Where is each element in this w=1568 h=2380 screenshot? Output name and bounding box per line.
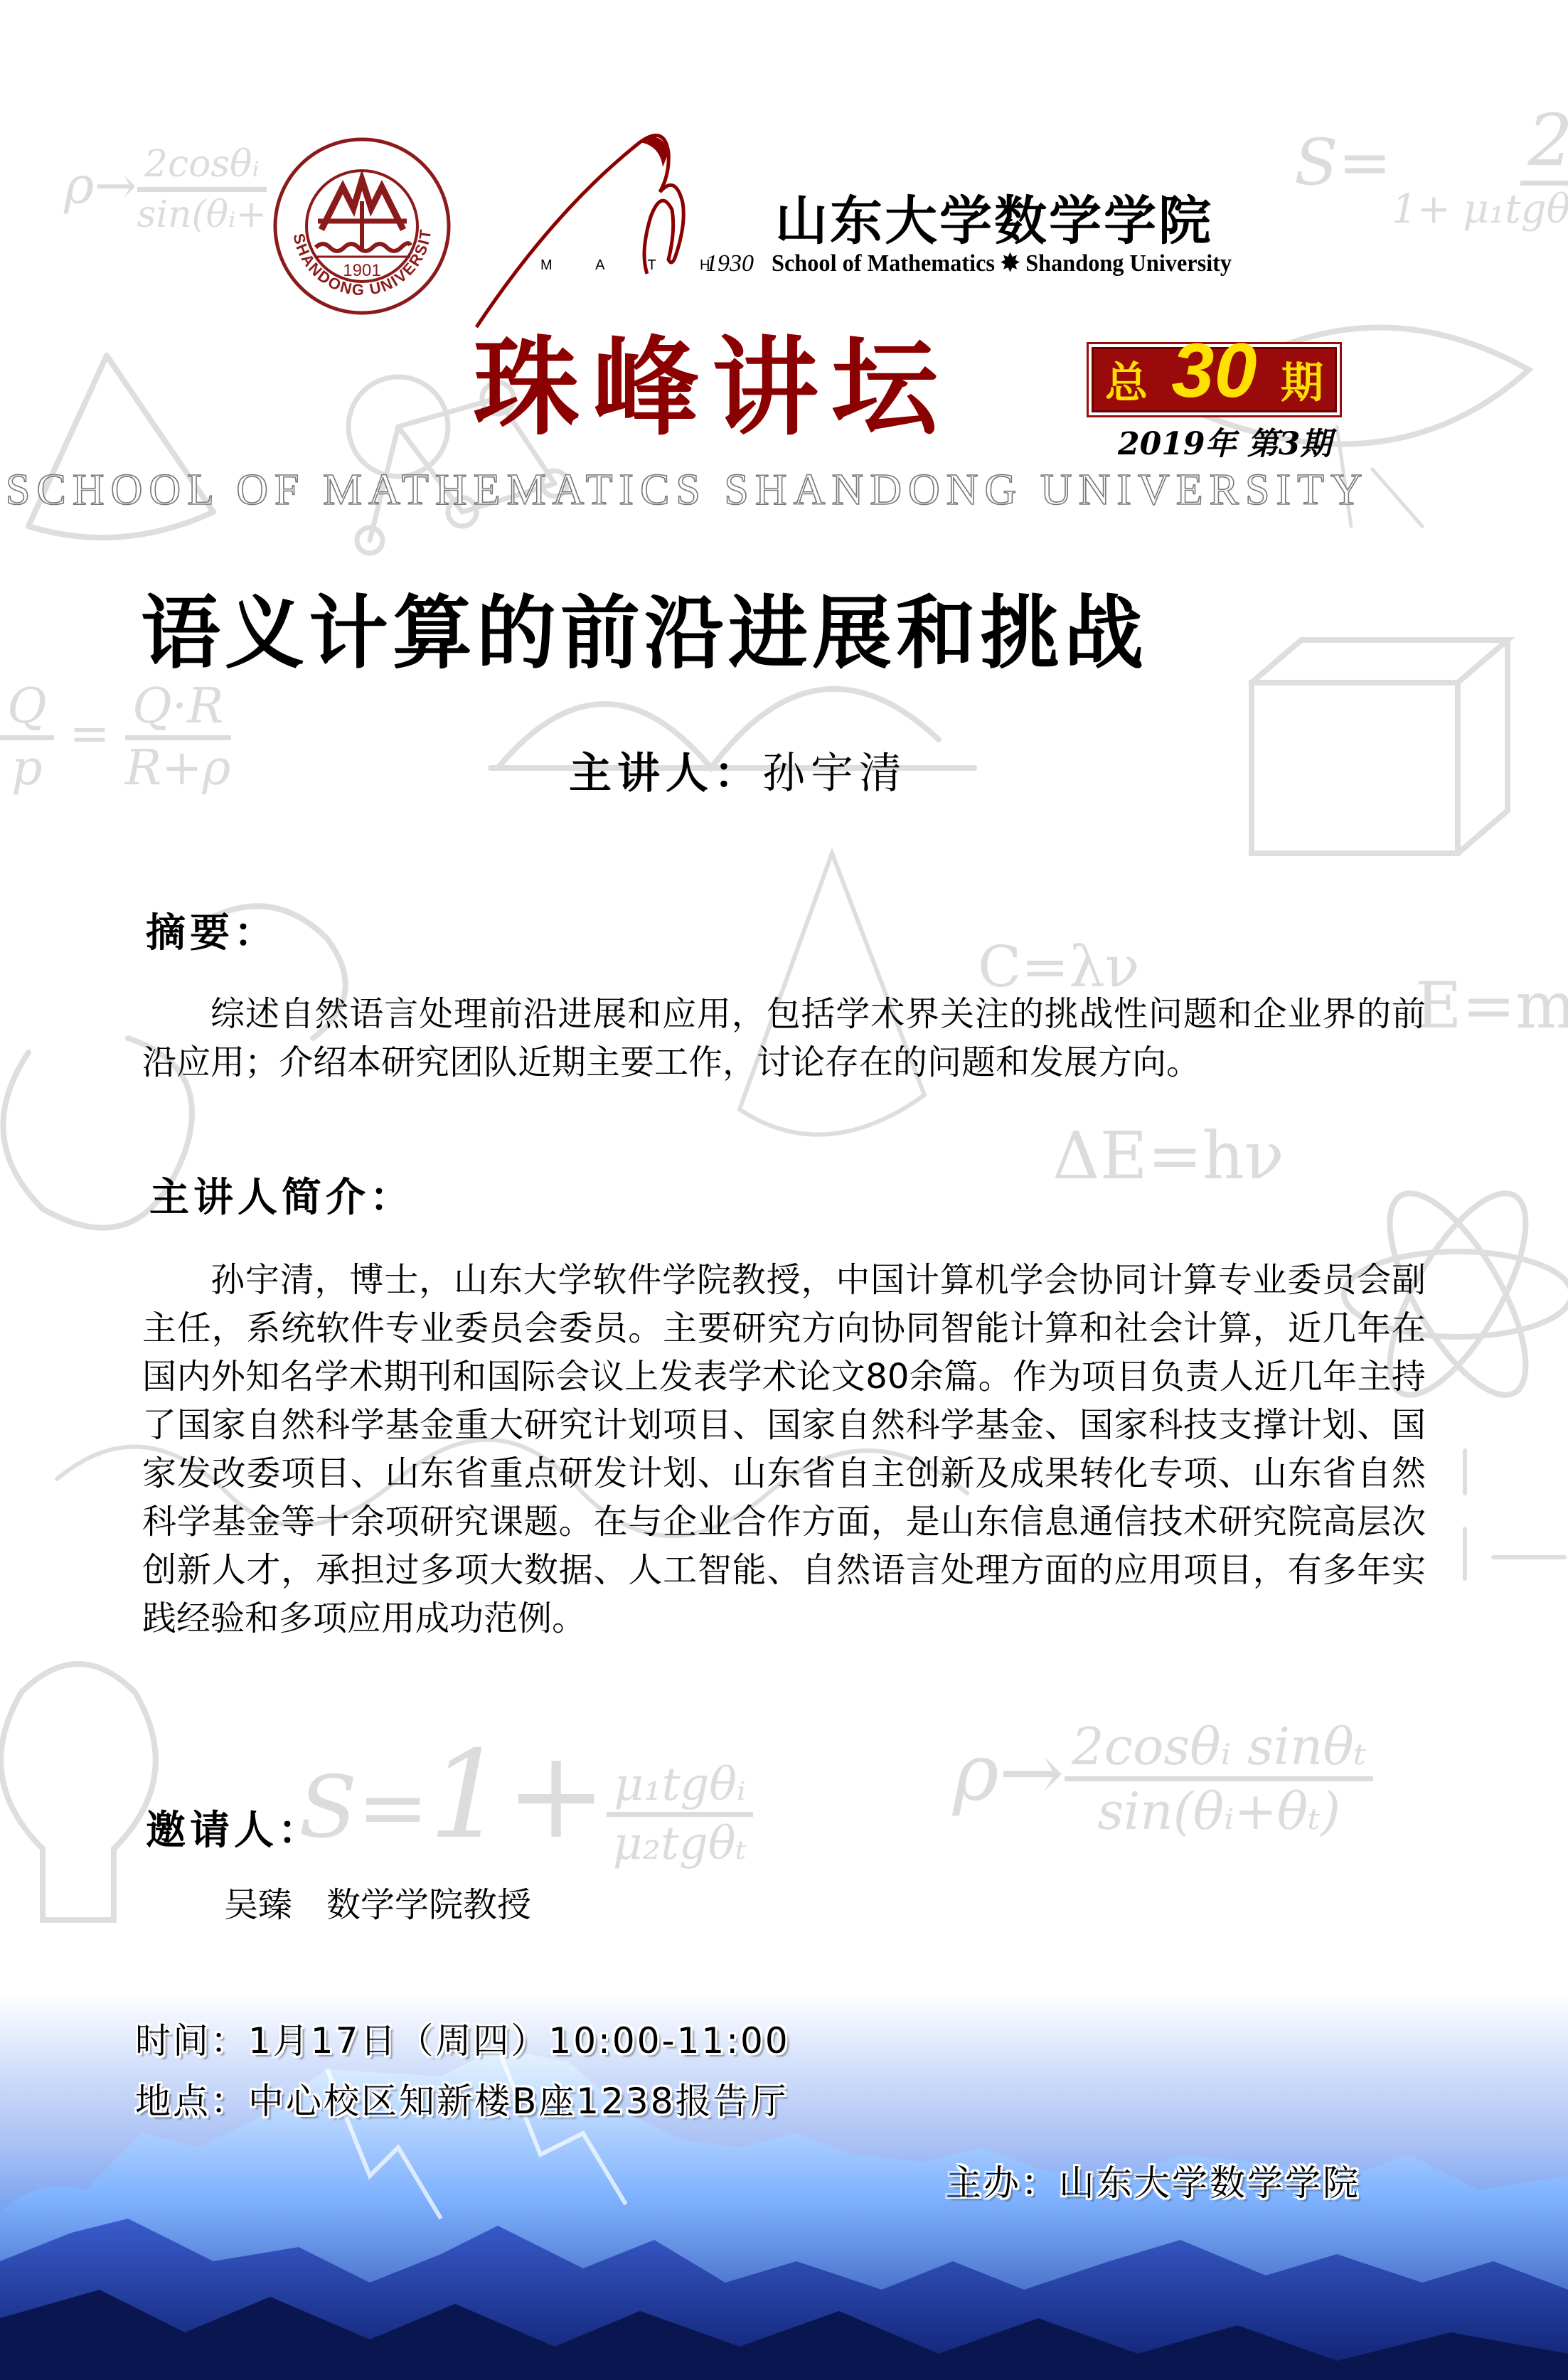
formula-bottom-left: S=1+μ₁tgθᵢμ₂tgθₜ bbox=[299, 1735, 753, 1867]
inviter-line: 吴臻数学学院教授 bbox=[224, 1877, 531, 1926]
school-name-cn: 山东大学数学学院 bbox=[775, 179, 1213, 255]
abstract-heading: 摘要： bbox=[146, 902, 278, 959]
event-host: 主办：山东大学数学学院 bbox=[946, 2155, 1360, 2206]
speaker-line: 主讲人：孙宇清 bbox=[569, 740, 907, 801]
talk-title: 语义计算的前沿进展和挑战 bbox=[141, 594, 1148, 673]
formula-emc2: E=mc² bbox=[1415, 974, 1568, 1038]
formula-delta-e: ΔE=hν bbox=[1052, 1124, 1284, 1189]
formula-top-left: ρ→2cosθᵢsin(θᵢ+ bbox=[64, 146, 267, 233]
badge-prefix: 总 bbox=[1105, 349, 1148, 410]
bio-heading: 主讲人简介： bbox=[149, 1166, 414, 1223]
abstract-text: 综述自然语言处理前沿进展和应用，包括学术界关注的挑战性问题和企业界的前沿应用；介… bbox=[142, 990, 1426, 1087]
speaker-name: 孙宇清 bbox=[762, 749, 907, 799]
inviter-title: 数学学院教授 bbox=[326, 1885, 531, 1925]
inviter-heading: 邀请人： bbox=[146, 1799, 322, 1856]
issue-year: 2019年 第3期 bbox=[1118, 418, 1331, 464]
math-logo-swoosh bbox=[469, 124, 768, 331]
school-banner-english: SCHOOL OF MATHEMATICS SHANDONG UNIVERSIT… bbox=[6, 465, 1567, 516]
formula-left-mid: Qp = Q·RR+ρ bbox=[0, 683, 231, 793]
logo-math-text: M A T H bbox=[540, 257, 730, 274]
forum-title: 珠峰讲坛 bbox=[473, 334, 951, 441]
badge-suffix: 期 bbox=[1281, 349, 1323, 410]
formula-c-lambda: C=λν bbox=[978, 939, 1140, 996]
bio-text: 孙宇清，博士，山东大学软件学院教授，中国计算机学会协同计算专业委员会副主任，系统… bbox=[142, 1256, 1426, 1643]
event-time: 时间：1月17日（周四）10:00-11:00 bbox=[135, 2012, 790, 2064]
event-place: 地点：中心校区知新楼B座1238报告厅 bbox=[135, 2073, 789, 2124]
badge-number: 30 bbox=[1171, 326, 1257, 415]
speaker-label: 主讲人： bbox=[569, 749, 762, 799]
shandong-university-seal: 1901 SHANDONG UNIVERSITY bbox=[272, 130, 453, 322]
formula-bottom-right: ρ→2cosθᵢ sinθₜsin(θᵢ+θₜ) bbox=[953, 1721, 1373, 1837]
svg-text:1901: 1901 bbox=[343, 261, 380, 280]
school-name-en: School of Mathematics ✸ Shandong Univers… bbox=[772, 249, 1232, 277]
issue-badge: 总 30 期 bbox=[1092, 347, 1337, 412]
logo-year: 1930 bbox=[705, 250, 754, 277]
formula-top-right: S=21+ μ₁tgθᵢ/μ₂tgθₜ bbox=[1294, 105, 1568, 230]
inviter-name: 吴臻 bbox=[224, 1885, 292, 1925]
